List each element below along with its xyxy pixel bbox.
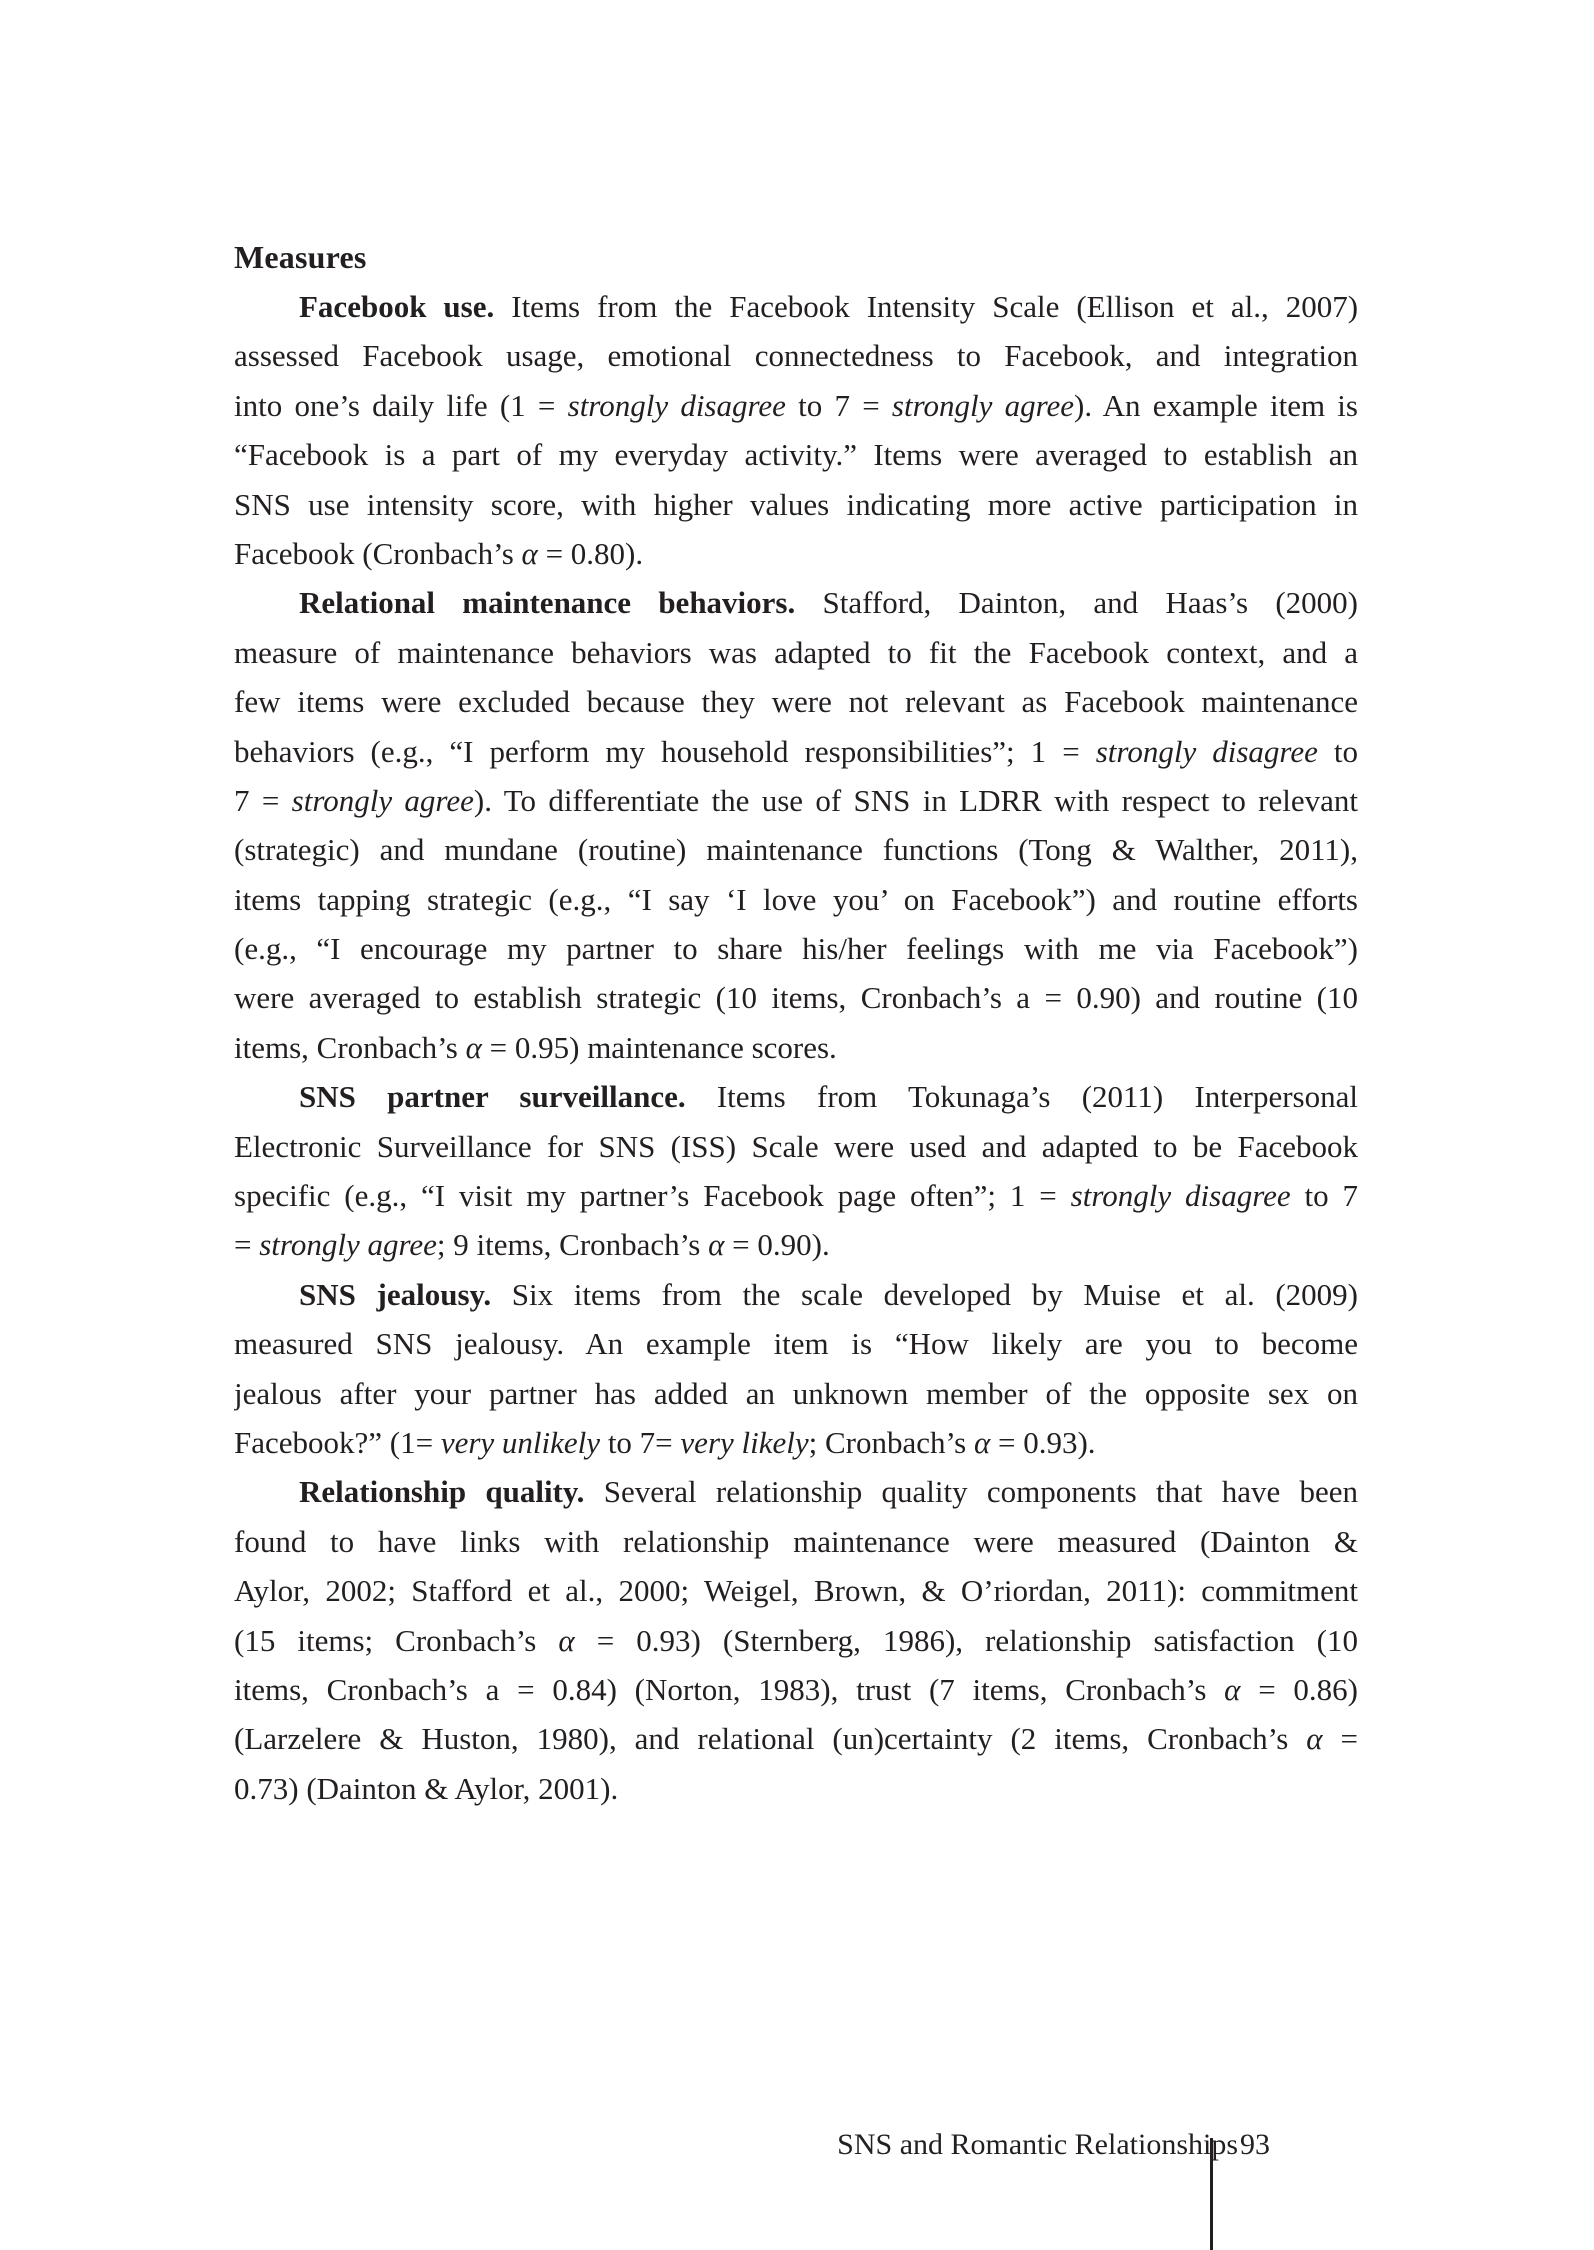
text-run: items, Cronbach’s	[234, 1030, 466, 1065]
paragraph-run-in-heading: Relationship quality.	[299, 1474, 584, 1509]
paragraph-run-in-heading: Relational maintenance behaviors.	[299, 585, 795, 620]
text-run: = 0.86)	[1240, 1672, 1358, 1707]
paragraph-run-in-heading: SNS partner surveillance.	[299, 1079, 686, 1114]
text-run: Six items from the scale developed by Mu…	[512, 1277, 1358, 1312]
text-run: (Larzelere & Huston, 1980), and relation…	[234, 1721, 1306, 1756]
text-line: (strategic) and mundane (routine) mainte…	[234, 825, 1358, 874]
text-run: to 7=	[600, 1425, 680, 1460]
text-line: items, Cronbach’s a = 0.84) (Norton, 198…	[234, 1665, 1358, 1714]
text-run: Electronic Surveillance for SNS (ISS) Sc…	[234, 1129, 1358, 1164]
text-run: 0.73) (Dainton & Aylor, 2001).	[234, 1771, 618, 1806]
text-run: Several relationship quality components …	[604, 1474, 1358, 1509]
paragraph: Facebook use. Items from the Facebook In…	[234, 282, 1358, 578]
text-line: Aylor, 2002; Stafford et al., 2000; Weig…	[234, 1566, 1358, 1615]
text-run: (e.g., “I encourage my partner to share …	[234, 931, 1358, 966]
text-run: specific (e.g., “I visit my partner’s Fa…	[234, 1178, 1071, 1213]
text-line: assessed Facebook usage, emotional conne…	[234, 331, 1358, 380]
paragraph: Relational maintenance behaviors. Staffo…	[234, 578, 1358, 1072]
text-run: = 0.95) maintenance scores.	[482, 1030, 837, 1065]
italic-text: strongly agree	[259, 1227, 437, 1262]
italic-text: α	[1224, 1672, 1240, 1707]
text-line: (Larzelere & Huston, 1980), and relation…	[234, 1714, 1358, 1763]
text-line: few items were excluded because they wer…	[234, 677, 1358, 726]
text-line: Facebook use. Items from the Facebook In…	[234, 282, 1358, 331]
text-run: (15 items; Cronbach’s	[234, 1623, 558, 1658]
text-run: ). An example item is	[1074, 388, 1358, 423]
text-line: Relational maintenance behaviors. Staffo…	[234, 578, 1358, 627]
text-run: 7 =	[234, 783, 292, 818]
text-line: measure of maintenance behaviors was ada…	[234, 628, 1358, 677]
paragraph-run-in-heading: Facebook use.	[299, 289, 494, 324]
body-text: Measures Facebook use. Items from the Fa…	[234, 232, 1358, 1813]
text-line: 0.73) (Dainton & Aylor, 2001).	[234, 1764, 1358, 1813]
text-line: = strongly agree; 9 items, Cronbach’s α …	[234, 1220, 1358, 1269]
text-run: =	[234, 1227, 259, 1262]
italic-text: strongly agree	[892, 388, 1074, 423]
text-run: ; Cronbach’s	[809, 1425, 974, 1460]
italic-text: strongly disagree	[568, 388, 786, 423]
text-line: items tapping strategic (e.g., “I say ‘I…	[234, 875, 1358, 924]
text-line: Relationship quality. Several relationsh…	[234, 1467, 1358, 1516]
italic-text: very likely	[680, 1425, 808, 1460]
text-line: (e.g., “I encourage my partner to share …	[234, 924, 1358, 973]
italic-text: α	[974, 1425, 990, 1460]
text-line: SNS partner surveillance. Items from Tok…	[234, 1072, 1358, 1121]
text-run: Facebook?” (1=	[234, 1425, 441, 1460]
text-run: = 0.93).	[990, 1425, 1095, 1460]
text-line: Facebook?” (1= very unlikely to 7= very …	[234, 1418, 1358, 1467]
text-line: jealous after your partner has added an …	[234, 1369, 1358, 1418]
italic-text: α	[466, 1030, 482, 1065]
text-line: Facebook (Cronbach’s α = 0.80).	[234, 529, 1358, 578]
text-run: few items were excluded because they wer…	[234, 684, 1358, 719]
text-run: SNS use intensity score, with higher val…	[234, 487, 1358, 522]
text-run: into one’s daily life (1 =	[234, 388, 568, 423]
italic-text: strongly disagree	[1071, 1178, 1291, 1213]
italic-text: strongly disagree	[1096, 734, 1318, 769]
italic-text: α	[522, 536, 538, 571]
text-run: = 0.93) (Sternberg, 1986), relationship …	[575, 1623, 1358, 1658]
text-line: found to have links with relationship ma…	[234, 1517, 1358, 1566]
text-run: Stafford, Dainton, and Haas’s (2000)	[823, 585, 1358, 620]
text-line: Electronic Surveillance for SNS (ISS) Sc…	[234, 1122, 1358, 1171]
section-heading: Measures	[234, 232, 1358, 282]
text-run: Aylor, 2002; Stafford et al., 2000; Weig…	[234, 1573, 1358, 1608]
text-run: to 7 =	[786, 388, 892, 423]
text-line: SNS use intensity score, with higher val…	[234, 480, 1358, 529]
italic-text: strongly agree	[292, 783, 474, 818]
text-run: measure of maintenance behaviors was ada…	[234, 635, 1358, 670]
document-page: Measures Facebook use. Items from the Fa…	[0, 0, 1594, 2250]
page-footer: SNS and Romantic Relationships 93	[0, 2120, 1594, 2250]
text-run: (strategic) and mundane (routine) mainte…	[234, 832, 1358, 867]
text-run: found to have links with relationship ma…	[234, 1524, 1358, 1559]
text-line: into one’s daily life (1 = strongly disa…	[234, 381, 1358, 430]
text-run: Items from Tokunaga’s (2011) Interperson…	[717, 1079, 1358, 1114]
text-line: SNS jealousy. Six items from the scale d…	[234, 1270, 1358, 1319]
footer-divider	[1210, 2138, 1213, 2250]
paragraph-run-in-heading: SNS jealousy.	[299, 1277, 491, 1312]
paragraph: SNS partner surveillance. Items from Tok…	[234, 1072, 1358, 1270]
paragraph: Relationship quality. Several relationsh…	[234, 1467, 1358, 1813]
italic-text: α	[1306, 1721, 1322, 1756]
text-run: behaviors (e.g., “I perform my household…	[234, 734, 1096, 769]
italic-text: α	[708, 1227, 724, 1262]
text-line: measured SNS jealousy. An example item i…	[234, 1319, 1358, 1368]
text-run: jealous after your partner has added an …	[234, 1376, 1358, 1411]
running-head: SNS and Romantic Relationships	[837, 2125, 1238, 2165]
text-run: were averaged to establish strategic (10…	[234, 980, 1358, 1015]
text-run: Items from the Facebook Intensity Scale …	[511, 289, 1358, 324]
text-run: = 0.90).	[724, 1227, 829, 1262]
paragraph-container: Facebook use. Items from the Facebook In…	[234, 282, 1358, 1813]
text-run: assessed Facebook usage, emotional conne…	[234, 338, 1358, 373]
text-run: items, Cronbach’s a = 0.84) (Norton, 198…	[234, 1672, 1224, 1707]
text-line: behaviors (e.g., “I perform my household…	[234, 727, 1358, 776]
page-number: 93	[1240, 2125, 1270, 2165]
text-run: ; 9 items, Cronbach’s	[437, 1227, 708, 1262]
text-run: measured SNS jealousy. An example item i…	[234, 1326, 1358, 1361]
text-line: 7 = strongly agree). To differentiate th…	[234, 776, 1358, 825]
text-line: (15 items; Cronbach’s α = 0.93) (Sternbe…	[234, 1616, 1358, 1665]
italic-text: α	[558, 1623, 574, 1658]
text-run: = 0.80).	[538, 536, 643, 571]
text-run: items tapping strategic (e.g., “I say ‘I…	[234, 882, 1358, 917]
paragraph: SNS jealousy. Six items from the scale d…	[234, 1270, 1358, 1468]
text-line: “Facebook is a part of my everyday activ…	[234, 430, 1358, 479]
text-line: specific (e.g., “I visit my partner’s Fa…	[234, 1171, 1358, 1220]
text-run: “Facebook is a part of my everyday activ…	[234, 437, 1358, 472]
text-line: items, Cronbach’s α = 0.95) maintenance …	[234, 1023, 1358, 1072]
text-run: to 7	[1291, 1178, 1358, 1213]
text-run: to	[1318, 734, 1358, 769]
text-run: Facebook (Cronbach’s	[234, 536, 522, 571]
text-run: ). To differentiate the use of SNS in LD…	[474, 783, 1358, 818]
italic-text: very unlikely	[441, 1425, 600, 1460]
text-line: were averaged to establish strategic (10…	[234, 973, 1358, 1022]
text-run: =	[1323, 1721, 1358, 1756]
